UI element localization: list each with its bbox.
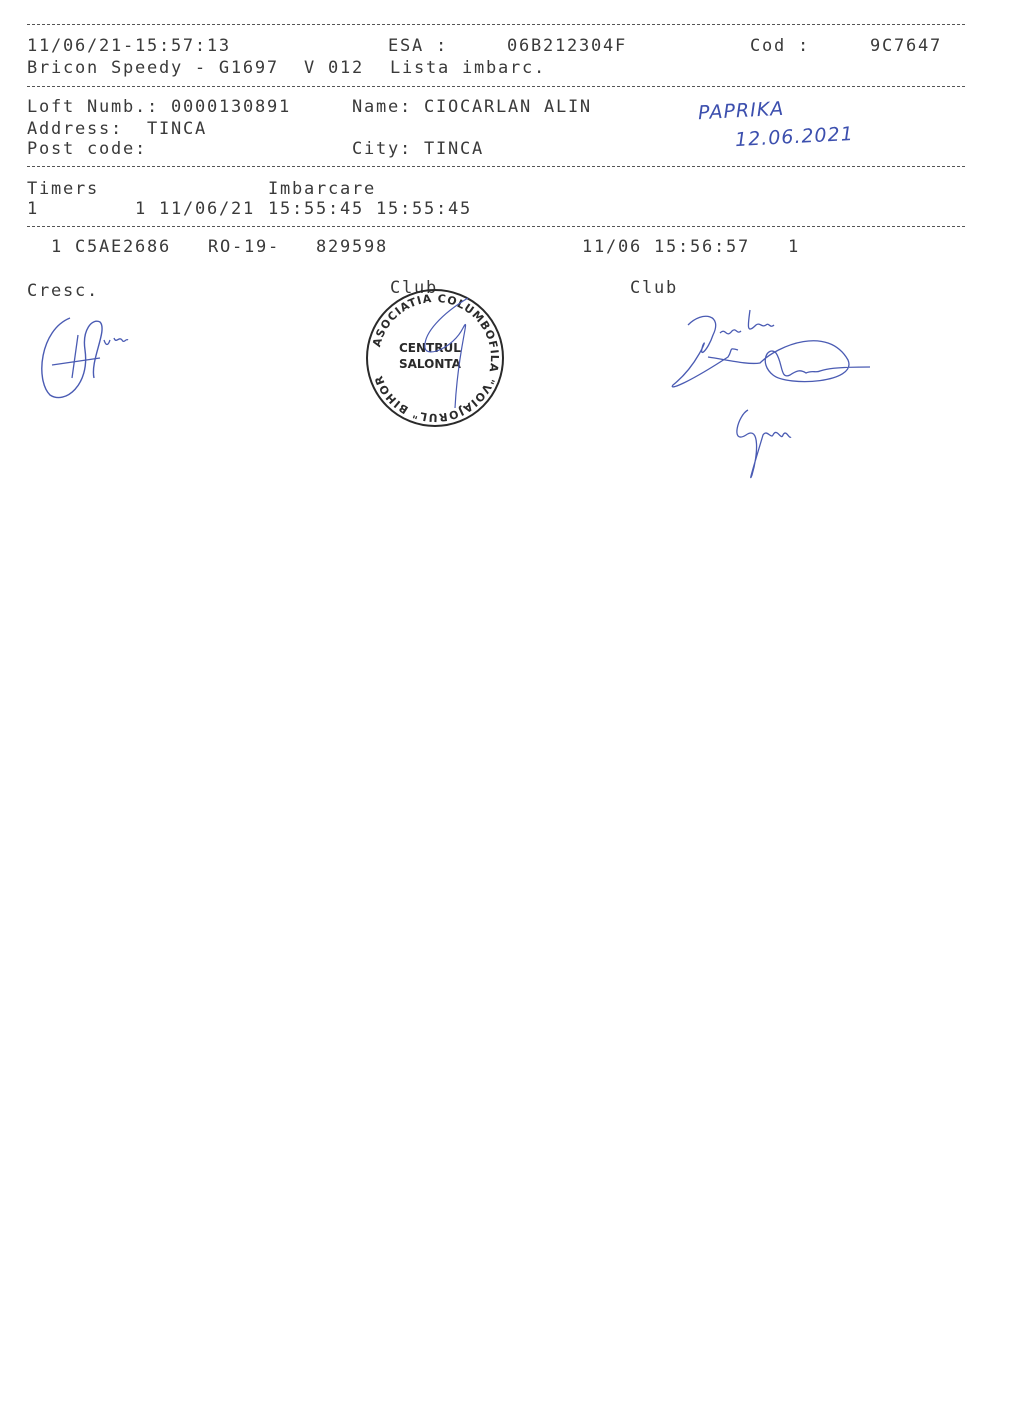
divider (27, 226, 965, 227)
print-timestamp: 11/06/21-15:57:13 (27, 36, 231, 56)
bird-chip: C5AE2686 (75, 237, 171, 257)
address-value: TINCA (147, 119, 207, 139)
bird-time: 15:56:57 (654, 237, 750, 257)
address-label: Address: (27, 119, 123, 139)
divider (27, 24, 965, 25)
club-stamp: ASOCIATIA COLUMBOFILA "VOIAJORUL" BIHOR … (363, 288, 507, 428)
timer-id: 1 (27, 199, 39, 219)
club-signature (668, 305, 888, 490)
city-label: City: (352, 139, 412, 159)
timers-label: Timers (27, 179, 99, 199)
handwritten-race-name: PAPRIKA (697, 98, 784, 124)
bird-ring-number: 829598 (316, 237, 388, 257)
device-version: V 012 (304, 58, 364, 78)
stamp-center-2: SALONTA (399, 357, 462, 371)
timer-start: 15:55:45 (268, 199, 364, 219)
timer-date: 11/06/21 (159, 199, 255, 219)
bird-ring-prefix: RO-19- (208, 237, 280, 257)
cod-value: 9C7647 (870, 36, 942, 56)
timer-end: 15:55:45 (376, 199, 472, 219)
timer-count: 1 (135, 199, 147, 219)
document-type: Lista imbarc. (390, 58, 546, 78)
bird-date: 11/06 (582, 237, 642, 257)
bird-count: 1 (788, 237, 800, 257)
postcode-label: Post code: (27, 139, 147, 159)
esa-label: ESA : (388, 36, 448, 56)
loft-number: 0000130891 (171, 97, 291, 117)
esa-value: 06B212304F (507, 36, 627, 56)
city-value: TINCA (424, 139, 484, 159)
imbarcare-label: Imbarcare (268, 179, 376, 199)
loft-label: Loft Numb.: (27, 97, 159, 117)
stamp-center-1: CENTRUL (399, 341, 461, 355)
cod-label: Cod : (750, 36, 810, 56)
device-name: Bricon Speedy - G1697 (27, 58, 279, 78)
handwritten-race-date: 12.06.2021 (735, 123, 855, 151)
fancier-name: CIOCARLAN ALIN (424, 97, 592, 117)
divider (27, 166, 965, 167)
divider (27, 86, 965, 87)
breeder-signature (30, 310, 140, 405)
bird-index: 1 (51, 237, 63, 257)
breeder-label: Cresc. (27, 281, 99, 301)
name-label: Name: (352, 97, 412, 117)
club-label: Club (630, 278, 678, 298)
